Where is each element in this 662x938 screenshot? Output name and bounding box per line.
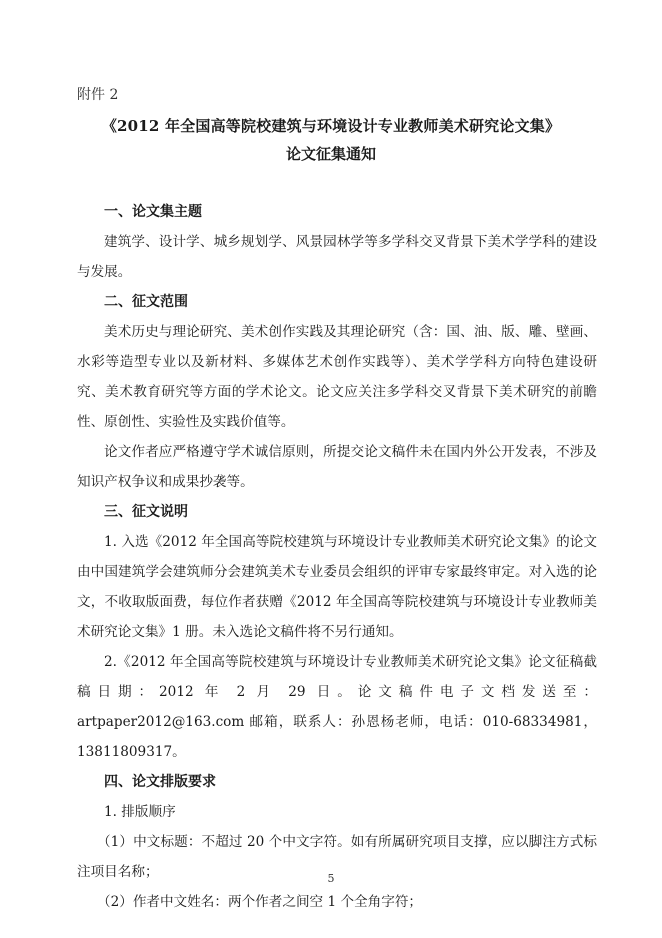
document-subtitle: 论文征集通知 [0, 143, 662, 164]
paragraph: 1. 入选《2012 年全国高等院校建筑与环境设计专业教师美术研究论文集》的论文… [77, 527, 597, 647]
annex-label: 附件 2 [77, 84, 118, 104]
section-heading-format: 四、论文排版要求 [77, 767, 597, 797]
page-number: 5 [0, 872, 662, 885]
section-heading-theme: 一、论文集主题 [77, 197, 597, 227]
paragraph: （2）作者中文姓名：两个作者之间空 1 个全角字符； [77, 887, 597, 917]
section-heading-scope: 二、征文范围 [77, 287, 597, 317]
section-heading-notes: 三、征文说明 [77, 497, 597, 527]
document-body: 一、论文集主题 建筑学、设计学、城乡规划学、风景园林学等多学科交叉背景下美术学学… [77, 197, 597, 917]
paragraph: 美术历史与理论研究、美术创作实践及其理论研究（含：国、油、版、雕、壁画、水彩等造… [77, 317, 597, 437]
paragraph: 论文作者应严格遵守学术诚信原则，所提交论文稿件未在国内外公开发表，不涉及知识产权… [77, 437, 597, 497]
paragraph: 建筑学、设计学、城乡规划学、风景园林学等多学科交叉背景下美术学学科的建设与发展。 [77, 227, 597, 287]
paragraph: 2.《2012 年全国高等院校建筑与环境设计专业教师美术研究论文集》论文征稿截稿… [77, 647, 597, 767]
document-title: 《2012 年全国高等院校建筑与环境设计专业教师美术研究论文集》 [0, 115, 662, 136]
paragraph: 1. 排版顺序 [77, 797, 597, 827]
